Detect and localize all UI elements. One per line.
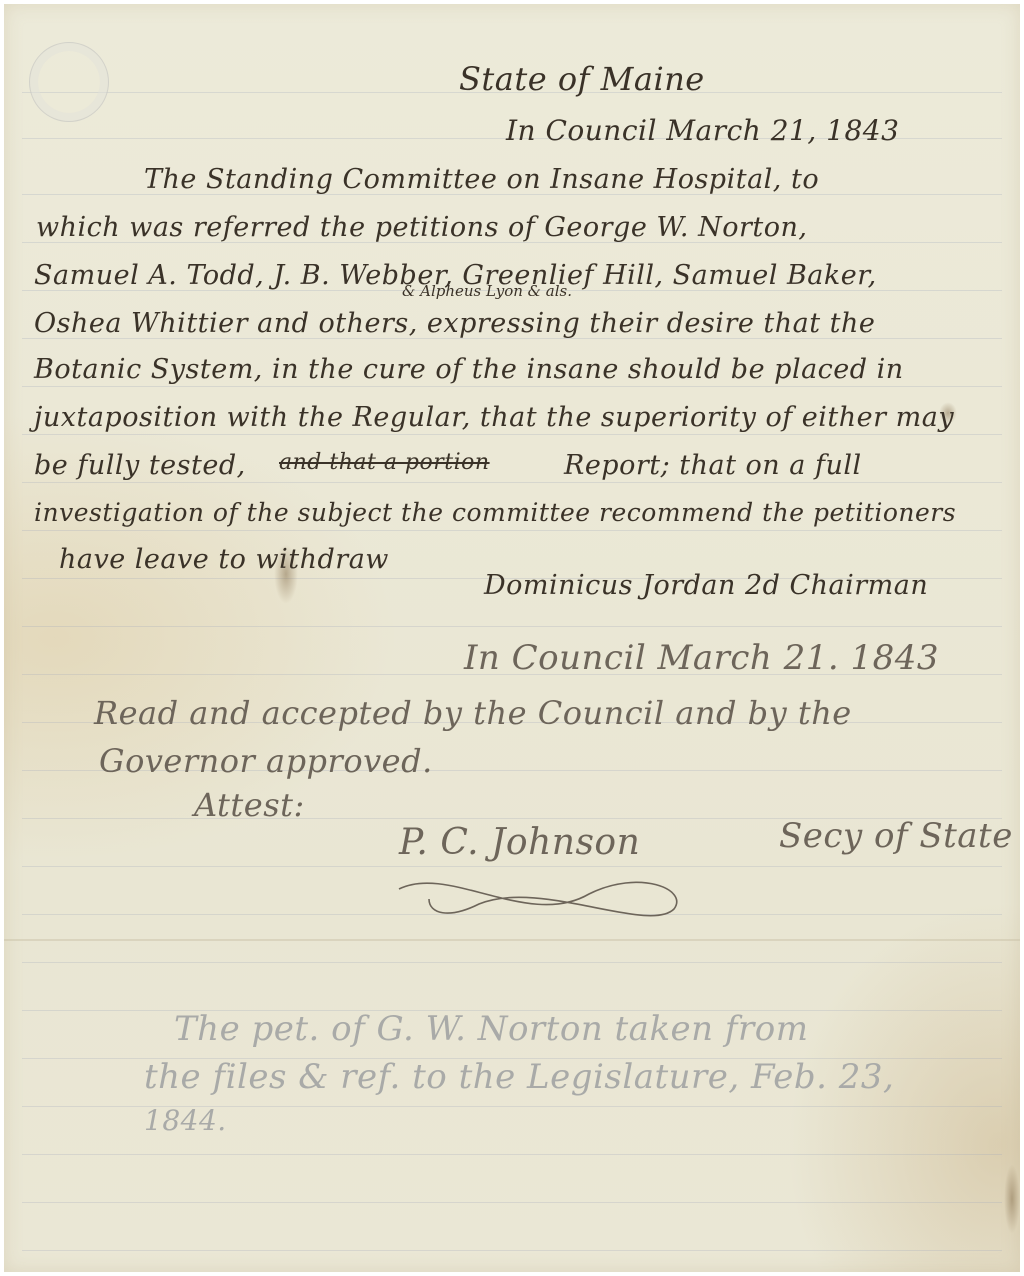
chairman-signature: Dominicus Jordan 2d Chairman [484,570,928,601]
document-page: State of Maine In Council March 21, 1843… [4,4,1020,1272]
edge-stain [1004,1164,1020,1234]
ruled-line [22,530,1002,531]
secretary-title: Secy of State [779,816,1013,856]
pencil-note-line-2: the files & ref. to the Legislature, Feb… [144,1057,894,1097]
body-line-6: juxtaposition with the Regular, that the… [34,402,954,433]
ruled-line [22,482,1002,483]
body-line-7b: Report; that on a full [564,450,862,481]
interlinear-insertion: & Alpheus Lyon & als. [402,282,572,300]
body-line-1: The Standing Committee on Insane Hospita… [144,164,819,195]
body-line-4: Oshea Whittier and others, expressing th… [34,308,875,339]
embossed-seal-icon [29,42,109,122]
document-heading: State of Maine [459,60,705,98]
endorsement-dateline: In Council March 21. 1843 [464,638,939,678]
body-line-7: be fully tested, [34,450,246,481]
attest-label: Attest: [194,786,305,824]
pencil-note-line-3: 1844. [144,1104,227,1137]
endorsement-line-1: Read and accepted by the Council and by … [94,694,852,732]
body-line-5: Botanic System, in the cure of the insan… [34,354,904,385]
paper-fold [4,939,1020,941]
ruled-line [22,1154,1002,1155]
dateline: In Council March 21, 1843 [506,114,899,147]
struck-text: and that a portion [279,450,490,475]
ruled-line [22,1202,1002,1203]
ruled-line [22,1250,1002,1251]
ruled-line [22,386,1002,387]
endorsement-line-2: Governor approved. [99,742,433,780]
pencil-note-line-1: The pet. of G. W. Norton taken from [174,1009,808,1049]
ruled-line [22,434,1002,435]
ruled-line [22,962,1002,963]
body-line-9: have leave to withdraw [59,544,389,575]
body-line-2: which was referred the petitions of Geor… [36,212,807,243]
secretary-signature: P. C. Johnson [399,822,640,863]
ruled-line [22,626,1002,627]
signature-flourish-icon [389,859,709,929]
body-line-8: investigation of the subject the committ… [34,498,956,527]
